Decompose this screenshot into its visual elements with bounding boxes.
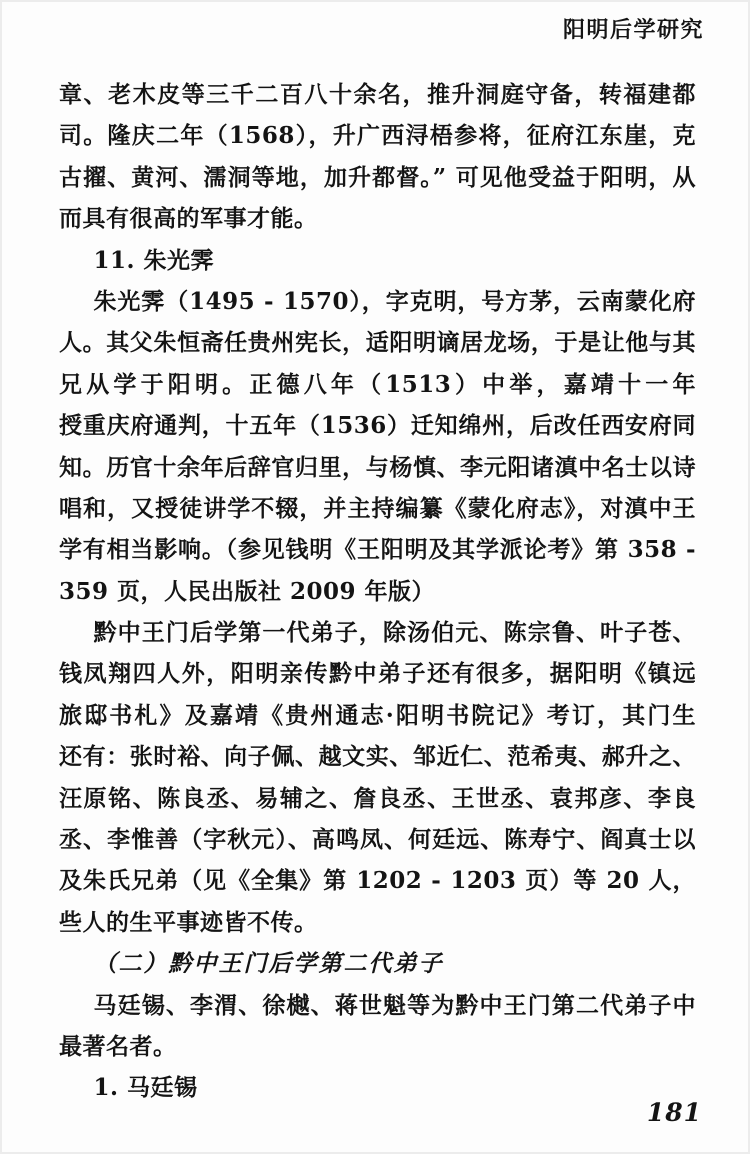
text-line-15: 钱凤翔四人外，阳明亲传黔中弟子还有很多，据阳明《镇远 bbox=[59, 653, 696, 694]
text-line-17: 还有：张时裕、向子佩、越文实、邹近仁、范希夷、郝升之、 bbox=[59, 736, 696, 777]
text-line-8: 兄从学于阳明。正德八年（1513）中举，嘉靖十一年（1532） bbox=[59, 364, 696, 405]
text-line-6: 朱光霁（1495 - 1570），字克明，号方茅，云南蒙化府 bbox=[59, 281, 696, 322]
text-line-4: 而具有很高的军事才能。 bbox=[59, 198, 696, 239]
text-line-11: 唱和，又授徒讲学不辍，并主持编纂《蒙化府志》，对滇中王 bbox=[59, 488, 696, 529]
text-line-14: 黔中王门后学第一代弟子，除汤伯元、陈宗鲁、叶子苍、 bbox=[59, 612, 696, 653]
text-line-25: 1. 马廷锡 bbox=[59, 1067, 696, 1108]
text-body: 章、老木皮等三千二百八十余名，推升洞庭守备，转福建都司。隆庆二年（1568），升… bbox=[59, 74, 696, 1109]
text-line-21: 些人的生平事迹皆不传。 bbox=[59, 902, 696, 943]
text-line-1: 章、老木皮等三千二百八十余名，推升洞庭守备，转福建都 bbox=[59, 74, 696, 115]
text-line-13: 359 页，人民出版社 2009 年版） bbox=[59, 571, 696, 612]
text-line-7: 人。其父朱恒斋任贵州宪长，适阳明谪居龙场，于是让他与其 bbox=[59, 322, 696, 363]
text-line-9: 授重庆府通判，十五年（1536）迁知绵州，后改任西安府同 bbox=[59, 405, 696, 446]
text-line-3: 古擢、黄河、濡洞等地，加升都督。” 可见他受益于阳明，从 bbox=[59, 157, 696, 198]
text-line-19: 丞、李惟善（字秋元）、高鸣凤、何廷远、陈寿宁、阎真士以 bbox=[59, 819, 696, 860]
text-line-5: 11. 朱光霁 bbox=[59, 240, 696, 281]
text-line-2: 司。隆庆二年（1568），升广西浔梧参将，征府江东崖，克破 bbox=[59, 115, 696, 156]
text-line-20: 及朱氏兄弟（见《全集》第 1202 - 1203 页）等 20 人，惜这 bbox=[59, 860, 696, 901]
page-number: 181 bbox=[647, 1098, 702, 1127]
scanned-book-page: 阳明后学研究 章、老木皮等三千二百八十余名，推升洞庭守备，转福建都司。隆庆二年（… bbox=[0, 0, 750, 1154]
text-line-23: 马廷锡、李渭、徐樾、蒋世魁等为黔中王门第二代弟子中 bbox=[59, 985, 696, 1026]
text-line-10: 知。历官十余年后辞官归里，与杨慎、李元阳诸滇中名士以诗 bbox=[59, 447, 696, 488]
running-header: 阳明后学研究 bbox=[563, 13, 704, 44]
text-line-16: 旅邸书札》及嘉靖《贵州通志·阳明书院记》考订，其门生 bbox=[59, 695, 696, 736]
text-line-22: （二）黔中王门后学第二代弟子 bbox=[59, 943, 696, 984]
text-line-12: 学有相当影响。（参见钱明《王阳明及其学派论考》第 358 - bbox=[59, 529, 696, 570]
text-line-18: 汪原铭、陈良丞、易辅之、詹良丞、王世丞、袁邦彦、李良 bbox=[59, 778, 696, 819]
text-line-24: 最著名者。 bbox=[59, 1026, 696, 1067]
